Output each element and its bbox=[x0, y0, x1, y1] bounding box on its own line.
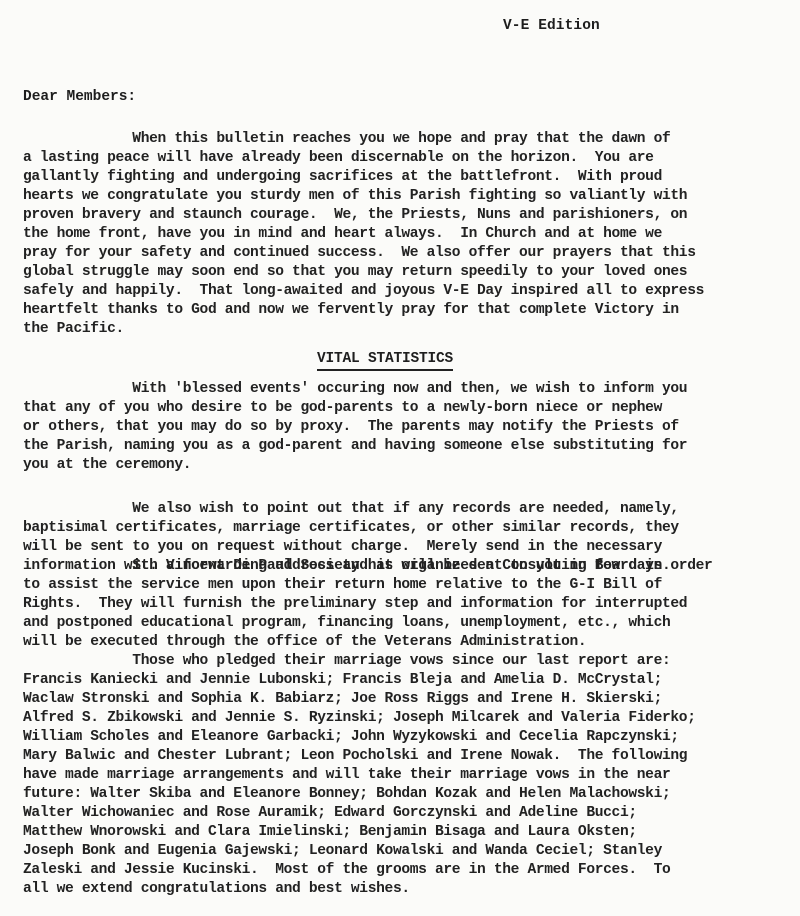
text-line: Mary Balwic and Chester Lubrant; Leon Po… bbox=[23, 747, 793, 766]
marriages-paragraph: Those who pledged their marriage vows si… bbox=[23, 652, 793, 899]
text-line: With 'blessed events' occuring now and t… bbox=[23, 380, 793, 399]
intro-paragraph: When this bulletin reaches you we hope a… bbox=[23, 130, 793, 339]
text-line: the Pacific. bbox=[23, 320, 793, 339]
text-line: We also wish to point out that if any re… bbox=[23, 500, 793, 519]
text-line: Those who pledged their marriage vows si… bbox=[23, 652, 793, 671]
text-line: or others, that you may do so by proxy. … bbox=[23, 418, 793, 437]
text-line: all we extend congratulations and best w… bbox=[23, 880, 793, 899]
text-line: to assist the service men upon their ret… bbox=[23, 576, 793, 595]
text-line: baptisimal certificates, marriage certif… bbox=[23, 519, 793, 538]
text-line: future: Walter Skiba and Eleanore Bonney… bbox=[23, 785, 793, 804]
text-line: When this bulletin reaches you we hope a… bbox=[23, 130, 793, 149]
edition-label: V-E Edition bbox=[503, 18, 600, 34]
text-line: hearts we congratulate you sturdy men of… bbox=[23, 187, 793, 206]
text-line: Zaleski and Jessie Kucinski. Most of the… bbox=[23, 861, 793, 880]
text-line: and postponed educational program, finan… bbox=[23, 614, 793, 633]
section-heading-vital-statistics: VITAL STATISTICS bbox=[317, 350, 453, 371]
text-line: Matthew Wnorowski and Clara Imielinski; … bbox=[23, 823, 793, 842]
text-line: global struggle may soon end so that you… bbox=[23, 263, 793, 282]
salutation: Dear Members: bbox=[23, 89, 136, 105]
text-line: the Parish, naming you as a god-parent a… bbox=[23, 437, 793, 456]
text-line: Waclaw Stronski and Sophia K. Babiarz; J… bbox=[23, 690, 793, 709]
text-line: Francis Kaniecki and Jennie Lubonski; Fr… bbox=[23, 671, 793, 690]
text-line: have made marriage arrangements and will… bbox=[23, 766, 793, 785]
godparents-paragraph: With 'blessed events' occuring now and t… bbox=[23, 380, 793, 475]
text-line: gallantly fighting and undergoing sacrif… bbox=[23, 168, 793, 187]
text-line: safely and happily. That long-awaited an… bbox=[23, 282, 793, 301]
text-line: that any of you who desire to be god-par… bbox=[23, 399, 793, 418]
bulletin-page: V-E Edition Dear Members: When this bull… bbox=[0, 0, 800, 916]
text-line: will be sent to you on request without c… bbox=[23, 538, 793, 557]
text-line: the home front, have you in mind and hea… bbox=[23, 225, 793, 244]
text-line: Rights. They will furnish the preliminar… bbox=[23, 595, 793, 614]
text-line: Alfred S. Zbikowski and Jennie S. Ryzins… bbox=[23, 709, 793, 728]
text-line: pray for your safety and continued succe… bbox=[23, 244, 793, 263]
text-line: a lasting peace will have already been d… bbox=[23, 149, 793, 168]
text-line: proven bravery and staunch courage. We, … bbox=[23, 206, 793, 225]
text-line: heartfelt thanks to God and now we ferve… bbox=[23, 301, 793, 320]
text-line: you at the ceremony. bbox=[23, 456, 793, 475]
text-line: William Scholes and Eleanore Garbacki; J… bbox=[23, 728, 793, 747]
text-line: Walter Wichowaniec and Rose Auramik; Edw… bbox=[23, 804, 793, 823]
society-paragraph: St. Vincent De Paul Society has organize… bbox=[23, 557, 793, 652]
text-line: will be executed through the office of t… bbox=[23, 633, 793, 652]
text-line: Joseph Bonk and Eugenia Gajewski; Leonar… bbox=[23, 842, 793, 861]
text-line: St. Vincent De Paul Society has organize… bbox=[23, 557, 793, 576]
